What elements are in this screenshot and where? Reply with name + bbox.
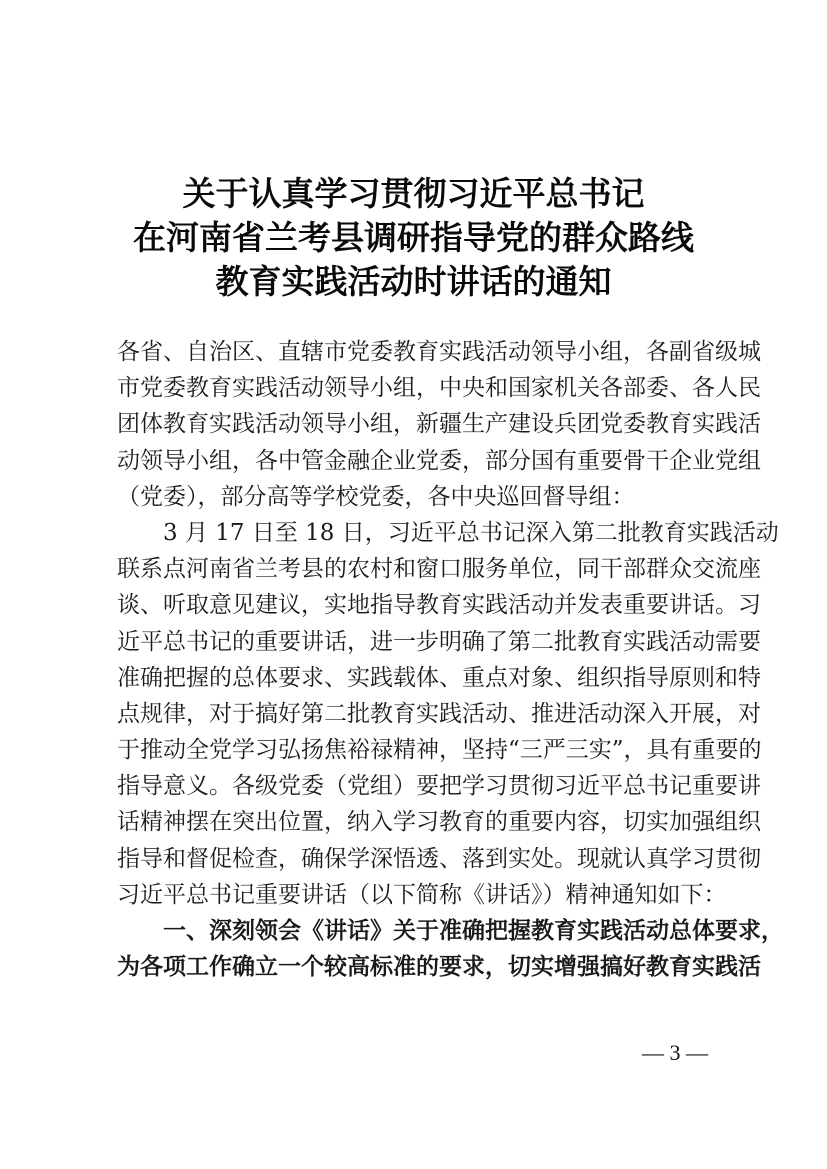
section-heading-line: 为各项工作确立一个较高标准的要求，切实增强搞好教育实践活 [117,949,711,985]
document-body: 各省、自治区、直辖市党委教育实践活动领导小组，各副省级城 市党委教育实践活动领导… [117,334,711,985]
title-line: 教育实践活动时讲话的通知 [0,260,827,304]
document-title: 关于认真学习贯彻习近平总书记 在河南省兰考县调研指导党的群众路线 教育实践活动时… [0,172,827,304]
page-number: — 3 — [630,1040,720,1066]
paragraph-line: 指导意义。各级党委（党组）要把学习贯彻习近平总书记重要讲 [117,768,711,804]
paragraph-line: 指导和督促检查，确保学深悟透、落到实处。现就认真学习贯彻 [117,841,711,877]
section-heading-line: 一、深刻领会《讲话》关于准确把握教育实践活动总体要求， [117,913,711,949]
salutation-line: 市党委教育实践活动领导小组，中央和国家机关各部委、各人民 [117,370,711,406]
paragraph-line: 话精神摆在突出位置，纳入学习教育的重要内容，切实加强组织 [117,804,711,840]
salutation-line: 团体教育实践活动领导小组，新疆生产建设兵团党委教育实践活 [117,406,711,442]
salutation-line: （党委），部分高等学校党委，各中央巡回督导组： [117,479,711,515]
paragraph-line: 点规律，对于搞好第二批教育实践活动、推进活动深入开展，对 [117,696,711,732]
paragraph-line: 联系点河南省兰考县的农村和窗口服务单位，同干部群众交流座 [117,551,711,587]
title-line: 关于认真学习贯彻习近平总书记 [0,172,827,216]
paragraph-line: 习近平总书记重要讲话（以下简称《讲话》）精神通知如下： [117,877,711,913]
paragraph-line: 近平总书记的重要讲话，进一步明确了第二批教育实践活动需要 [117,624,711,660]
paragraph-line: 准确把握的总体要求、实践载体、重点对象、组织指导原则和特 [117,660,711,696]
document-page: 关于认真学习贯彻习近平总书记 在河南省兰考县调研指导党的群众路线 教育实践活动时… [0,0,827,1169]
paragraph-line: 3 月 17 日至 18 日，习近平总书记深入第二批教育实践活动 [117,515,711,551]
title-line: 在河南省兰考县调研指导党的群众路线 [0,216,827,260]
paragraph-line: 谈、听取意见建议，实地指导教育实践活动并发表重要讲话。习 [117,587,711,623]
salutation-line: 动领导小组，各中管金融企业党委，部分国有重要骨干企业党组 [117,443,711,479]
paragraph-line: 于推动全党学习弘扬焦裕禄精神，坚持“三严三实”，具有重要的 [117,732,711,768]
salutation-line: 各省、自治区、直辖市党委教育实践活动领导小组，各副省级城 [117,334,711,370]
